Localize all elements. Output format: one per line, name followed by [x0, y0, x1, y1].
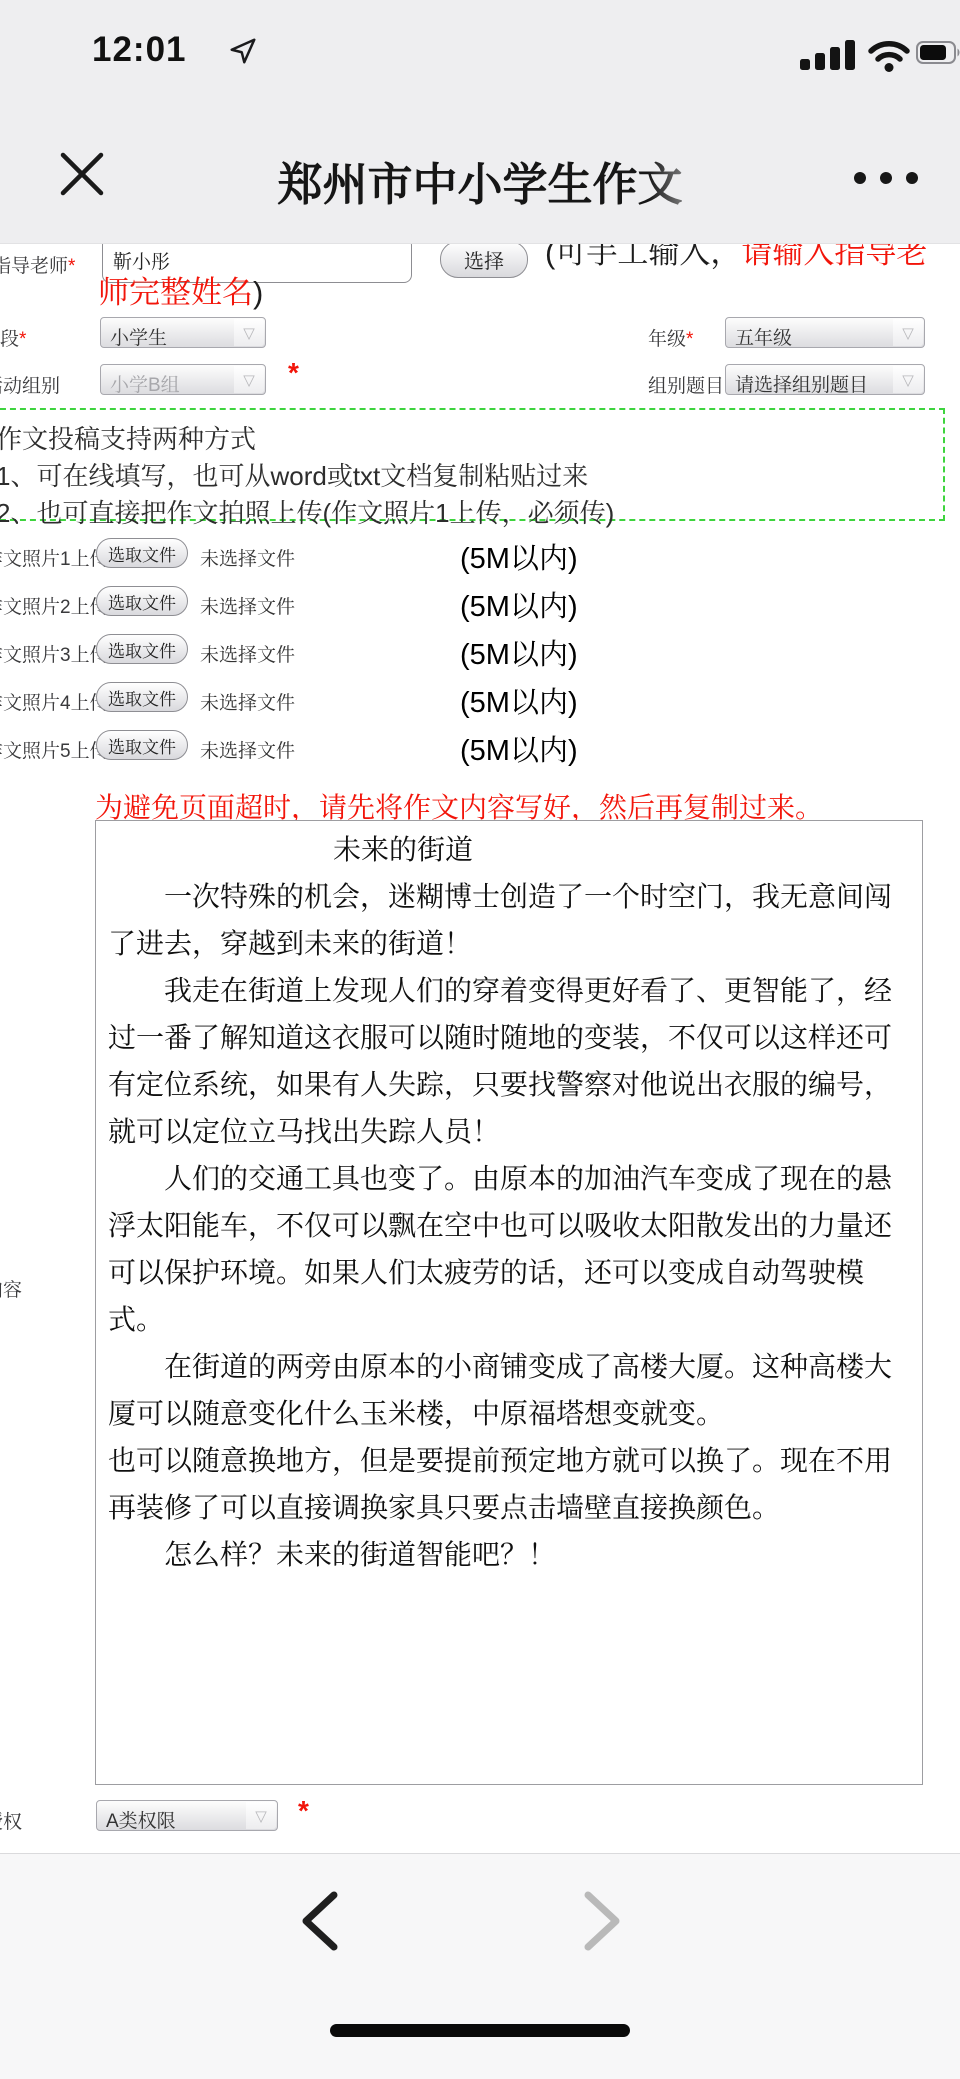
browser-toolbar [0, 1853, 960, 2079]
no-file-selected-text: 未选择文件 [200, 736, 295, 763]
more-menu-icon[interactable] [854, 172, 918, 184]
forward-icon[interactable] [580, 1890, 624, 1957]
upload-label: 作文照片5上传 [0, 736, 109, 763]
upload-row: 作文照片1上传 选取文件 未选择文件 (5M以内) [0, 536, 960, 570]
essay-paragraph: 也可以随意换地方，但是要提前预定地方就可以换了。现在不用再装修了可以直接调换家具… [108, 1437, 910, 1531]
choose-file-button[interactable]: 选取文件 [96, 682, 188, 712]
dropdown-arrow-icon: ▽ [893, 319, 923, 346]
battery-icon [916, 41, 960, 70]
upload-label: 作文照片4上传 [0, 688, 109, 715]
wifi-icon [868, 40, 910, 77]
cellular-signal-icon [800, 40, 858, 75]
group-label: 活动组别 [0, 371, 60, 398]
title-fade-overlay [648, 140, 748, 212]
essay-textarea[interactable]: 未来的街道一次特殊的机会，迷糊博士创造了一个时空门，我无意间闯了进去，穿越到未来… [95, 820, 923, 1785]
license-required-asterisk: * [298, 1795, 309, 1827]
essay-paragraph: 人们的交通工具也变了。由原本的加油汽车变成了现在的悬浮太阳能车，不仅可以飘在空中… [108, 1155, 910, 1343]
no-file-selected-text: 未选择文件 [200, 592, 295, 619]
essay-paragraph: 我走在街道上发现人们的穿着变得更好看了、更智能了，经过一番了解知道这衣服可以随时… [108, 967, 910, 1155]
essay-paragraph: 一次特殊的机会，迷糊博士创造了一个时空门，我无意间闯了进去，穿越到未来的街道！ [108, 873, 910, 967]
content-label: 内容 [0, 1275, 22, 1302]
upload-row: 作文照片5上传 选取文件 未选择文件 (5M以内) [0, 728, 960, 762]
status-time: 12:01 [92, 30, 187, 70]
no-file-selected-text: 未选择文件 [200, 688, 295, 715]
tips-line: 作文投稿支持两种方式 [0, 419, 256, 456]
choose-file-button[interactable]: 选取文件 [96, 586, 188, 616]
submission-tips-box: 作文投稿支持两种方式 1、可在线填写，也可从word或txt文档复制粘贴过来 2… [0, 408, 945, 521]
teacher-label: 指导老师* [0, 251, 75, 278]
license-label: 授权 [0, 1807, 22, 1834]
essay-paragraph: 怎么样？未来的街道智能吧？！ [108, 1531, 910, 1578]
location-arrow-icon [228, 36, 258, 71]
upload-label: 作文照片1上传 [0, 544, 109, 571]
group-select[interactable]: 小学B组 ▽ [100, 364, 266, 395]
stage-select[interactable]: 小学生 ▽ [100, 317, 266, 348]
page-title: 郑州市中小学生作文 [0, 148, 960, 213]
upload-label: 作文照片3上传 [0, 640, 109, 667]
no-file-selected-text: 未选择文件 [200, 544, 295, 571]
form-page: 指导老师* 选择 (可手工输入，请输入指导老 师完整姓名) 学段* 小学生 ▽ … [0, 243, 960, 1853]
dropdown-arrow-icon: ▽ [234, 319, 264, 346]
topic-label: 组别题目 [648, 371, 724, 398]
grade-select[interactable]: 五年级 ▽ [725, 317, 925, 348]
upload-row: 作文照片2上传 选取文件 未选择文件 (5M以内) [0, 584, 960, 618]
stage-label: 学段* [0, 324, 26, 351]
group-required-asterisk: * [288, 357, 299, 389]
top-chrome: 12:01 郑州市中小学生作文 [0, 0, 960, 244]
essay-paragraph: 未来的街道 [108, 826, 910, 873]
dropdown-arrow-icon: ▽ [234, 366, 264, 393]
essay-paragraph: 在街道的两旁由原本的小商铺变成了高楼大厦。这种高楼大厦可以随意变化什么玉米楼，中… [108, 1343, 910, 1437]
size-limit-text: (5M以内) [460, 632, 578, 673]
back-icon[interactable] [298, 1890, 342, 1957]
dropdown-arrow-icon: ▽ [246, 1802, 276, 1829]
grade-label: 年级* [648, 324, 693, 351]
tips-line: 2、也可直接把作文拍照上传(作文照片1上传，必须传) [0, 493, 614, 530]
choose-file-button[interactable]: 选取文件 [96, 730, 188, 760]
home-indicator[interactable] [330, 2024, 630, 2037]
size-limit-text: (5M以内) [460, 536, 578, 577]
choose-file-button[interactable]: 选取文件 [96, 634, 188, 664]
size-limit-text: (5M以内) [460, 584, 578, 625]
upload-row: 作文照片4上传 选取文件 未选择文件 (5M以内) [0, 680, 960, 714]
upload-label: 作文照片2上传 [0, 592, 109, 619]
size-limit-text: (5M以内) [460, 728, 578, 769]
upload-row: 作文照片3上传 选取文件 未选择文件 (5M以内) [0, 632, 960, 666]
teacher-choose-button[interactable]: 选择 [440, 241, 528, 278]
teacher-note-line2: 师完整姓名) [98, 273, 263, 313]
license-select[interactable]: A类权限 ▽ [96, 1800, 278, 1831]
tips-line: 1、可在线填写，也可从word或txt文档复制粘贴过来 [0, 456, 588, 493]
choose-file-button[interactable]: 选取文件 [96, 538, 188, 568]
topic-select[interactable]: 请选择组别题目 ▽ [725, 364, 925, 395]
dropdown-arrow-icon: ▽ [893, 366, 923, 393]
size-limit-text: (5M以内) [460, 680, 578, 721]
no-file-selected-text: 未选择文件 [200, 640, 295, 667]
